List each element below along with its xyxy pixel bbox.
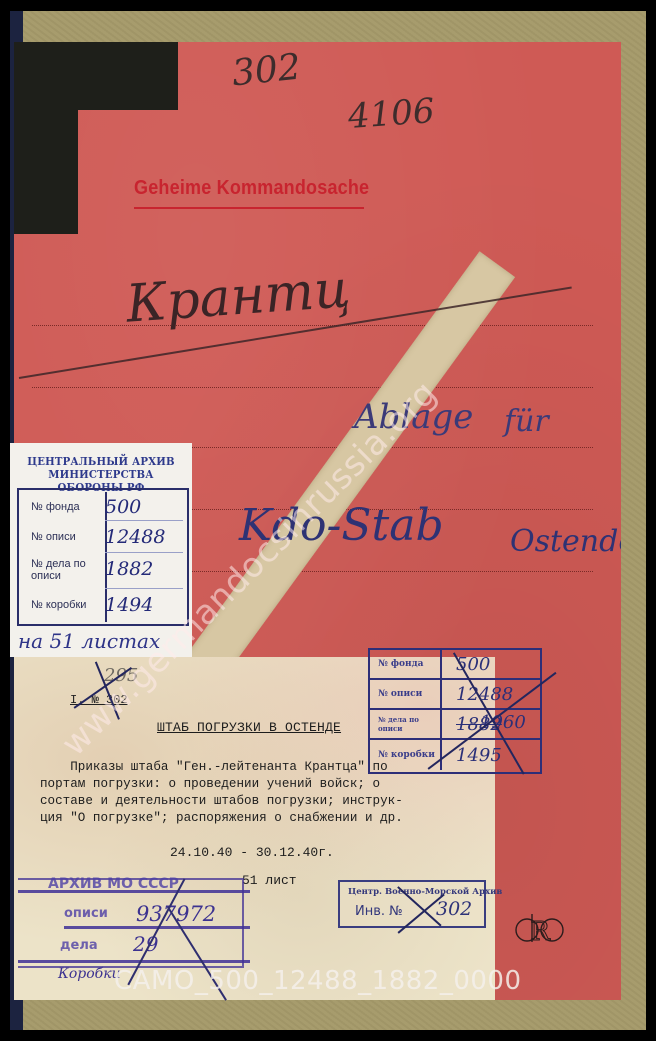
row-value: 1494 xyxy=(99,594,187,616)
row-key: № описи xyxy=(19,526,99,548)
row-line xyxy=(105,588,183,589)
navy-stamp-title: Центр. Военно-Морской Архив xyxy=(348,887,502,897)
archive-row-korobka: № коробки 1494 xyxy=(19,594,187,616)
handwritten-number: 4106 xyxy=(347,91,436,137)
stamp-row-korobka: № коробки 1495 xyxy=(370,740,540,770)
archive-row-fond: № фонда 500 xyxy=(19,496,187,518)
document-title: ШТАБ ПОГРУЗКИ В ОСТЕНДЕ xyxy=(157,720,341,735)
korobka-label: Коробки xyxy=(58,966,121,982)
row-line xyxy=(105,552,183,553)
inventory-label: Инв. № xyxy=(355,904,403,919)
ussr-archive-stamp: АРХИВ МО СССР описи 937972 дела 29 Короб… xyxy=(18,876,250,970)
row-value: 500 xyxy=(99,496,187,518)
opis-label: описи xyxy=(64,906,108,921)
stamp-row-opis: № описи 12488 xyxy=(370,680,540,710)
archive-title-line1: ЦЕНТРАЛЬНЫЙ АРХИВ xyxy=(17,455,184,468)
inventory-number: 302 xyxy=(436,898,472,920)
archive-row-delo: № дела по описи 1882 xyxy=(19,558,187,582)
row-line xyxy=(105,520,183,521)
row-key: № описи xyxy=(370,680,442,708)
classification-stamp: Geheime Kommandosache xyxy=(134,175,369,199)
handwritten-file-number: 302 xyxy=(230,47,303,95)
ruled-line xyxy=(32,387,593,388)
row-key: № фонда xyxy=(370,650,442,678)
old-archive-stamp: № фонда 500 № описи 12488 № дела по опис… xyxy=(368,648,542,774)
row-value: 12488 xyxy=(99,526,187,548)
row-value: 1882 xyxy=(99,558,187,582)
row-key: № фонда xyxy=(19,496,99,518)
publisher-monogram-icon: R xyxy=(514,908,566,948)
classification-underline xyxy=(134,207,364,209)
black-patch xyxy=(14,102,78,234)
row-key: № коробки xyxy=(19,594,99,616)
sheet-count: 51 лист xyxy=(242,873,297,888)
stamp-header: АРХИВ МО СССР xyxy=(48,876,179,892)
svg-text:R: R xyxy=(530,917,551,947)
fuer-label: für xyxy=(504,404,549,439)
archive-table: № фонда 500 № описи 12488 № дела по опис… xyxy=(17,488,189,626)
delo-label: дела xyxy=(60,938,98,953)
black-patch xyxy=(14,42,178,110)
file-code-watermark: CAMO_500_12488_1882_0000 xyxy=(114,966,522,996)
row-key: № дела по описи xyxy=(19,558,99,582)
date-range: 24.10.40 - 30.12.40г. xyxy=(170,845,334,860)
recipient-location: Ostende xyxy=(510,524,621,559)
crossed-out-name: Крантц xyxy=(124,259,352,335)
archive-row-opis: № описи 12488 xyxy=(19,526,187,548)
ruled-line xyxy=(32,325,593,326)
row-key: № дела по описи xyxy=(370,710,442,738)
